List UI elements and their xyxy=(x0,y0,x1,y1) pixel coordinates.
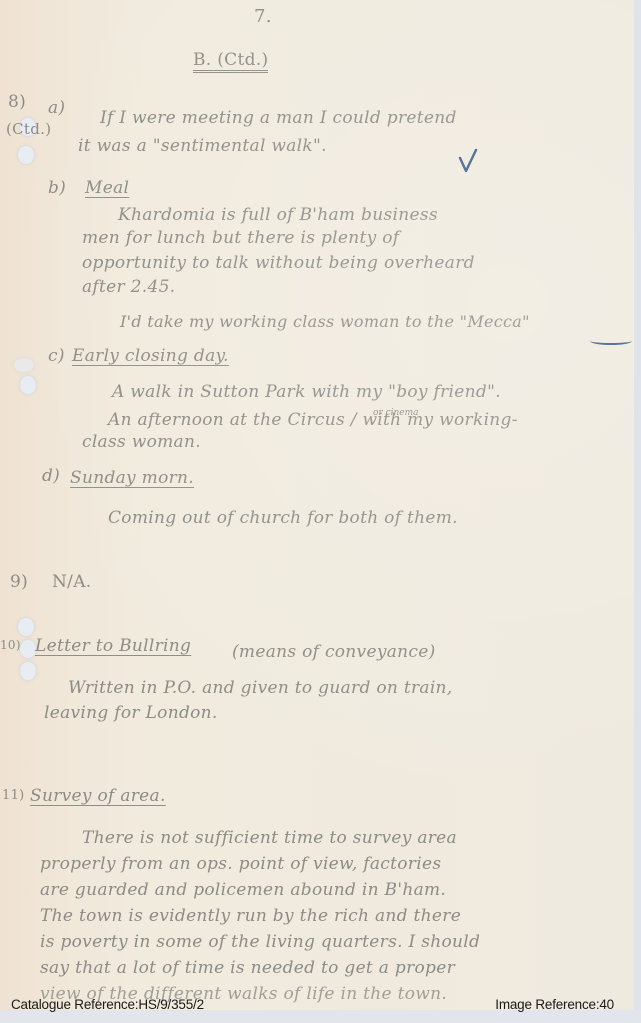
item-subheading: (means of conveyance) xyxy=(232,642,436,662)
text-line: class woman. xyxy=(82,432,201,452)
punch-hole xyxy=(20,662,36,680)
text-line: There is not sufficient time to survey a… xyxy=(82,828,457,848)
part-label: d) xyxy=(42,466,60,486)
part-label: a) xyxy=(48,98,65,118)
item-number: 11) xyxy=(2,788,25,803)
image-reference: Image Reference:40 xyxy=(495,997,614,1012)
text-line: it was a "sentimental walk". xyxy=(78,136,327,156)
punch-hole xyxy=(18,146,34,164)
page-number: 7. xyxy=(254,6,272,27)
item-number: 9) xyxy=(10,572,28,592)
part-label: c) xyxy=(48,346,65,366)
text-line: The town is evidently run by the rich an… xyxy=(40,906,461,926)
punch-hole xyxy=(20,376,36,394)
catalogue-reference: Catalogue Reference:HS/9/355/2 xyxy=(11,997,204,1012)
document-page: 7. B. (Ctd.) 8) a) (Ctd.) If I were meet… xyxy=(0,0,634,1010)
item-heading: N/A. xyxy=(52,572,91,592)
scan-edge xyxy=(634,0,641,1023)
punch-hole xyxy=(14,358,34,372)
text-line: properly from an ops. point of view, fac… xyxy=(40,854,441,874)
text-line: men for lunch but there is plenty of xyxy=(82,228,399,248)
punch-hole xyxy=(18,618,34,636)
text-line: I'd take my working class woman to the "… xyxy=(120,312,530,331)
punch-hole xyxy=(20,640,36,658)
text-line: say that a lot of time is needed to get … xyxy=(40,958,455,978)
item-heading: Letter to Bullring xyxy=(35,636,191,656)
part-label: b) xyxy=(48,178,66,198)
text-line: leaving for London. xyxy=(44,703,218,723)
checkmark-icon xyxy=(458,148,478,174)
text-line: is poverty in some of the living quarter… xyxy=(40,932,480,952)
part-heading: Sunday morn. xyxy=(70,468,194,488)
text-line: An afternoon at the Circus / with my wor… xyxy=(108,410,518,430)
text-line: after 2.45. xyxy=(82,277,175,297)
text-line: If I were meeting a man I could pretend xyxy=(100,108,457,128)
text-line: opportunity to talk without being overhe… xyxy=(82,253,475,273)
text-line: Khardomia is full of B'ham business xyxy=(118,205,438,225)
section-heading: B. (Ctd.) xyxy=(193,50,268,70)
text-line: A walk in Sutton Park with my "boy frien… xyxy=(112,382,501,402)
text-line: Coming out of church for both of them. xyxy=(108,508,458,528)
text-line: Written in P.O. and given to guard on tr… xyxy=(68,678,453,698)
section-heading-text: B. (Ctd.) xyxy=(193,50,268,73)
text-line: are guarded and policemen abound in B'ha… xyxy=(40,880,446,900)
part-heading: Meal xyxy=(85,178,129,198)
item-number: 8) xyxy=(8,92,26,112)
item-number: 10) xyxy=(0,638,21,652)
blue-underline xyxy=(590,337,632,345)
part-heading: Early closing day. xyxy=(72,346,229,366)
item-heading: Survey of area. xyxy=(30,786,166,806)
continued-marker: (Ctd.) xyxy=(6,120,51,138)
